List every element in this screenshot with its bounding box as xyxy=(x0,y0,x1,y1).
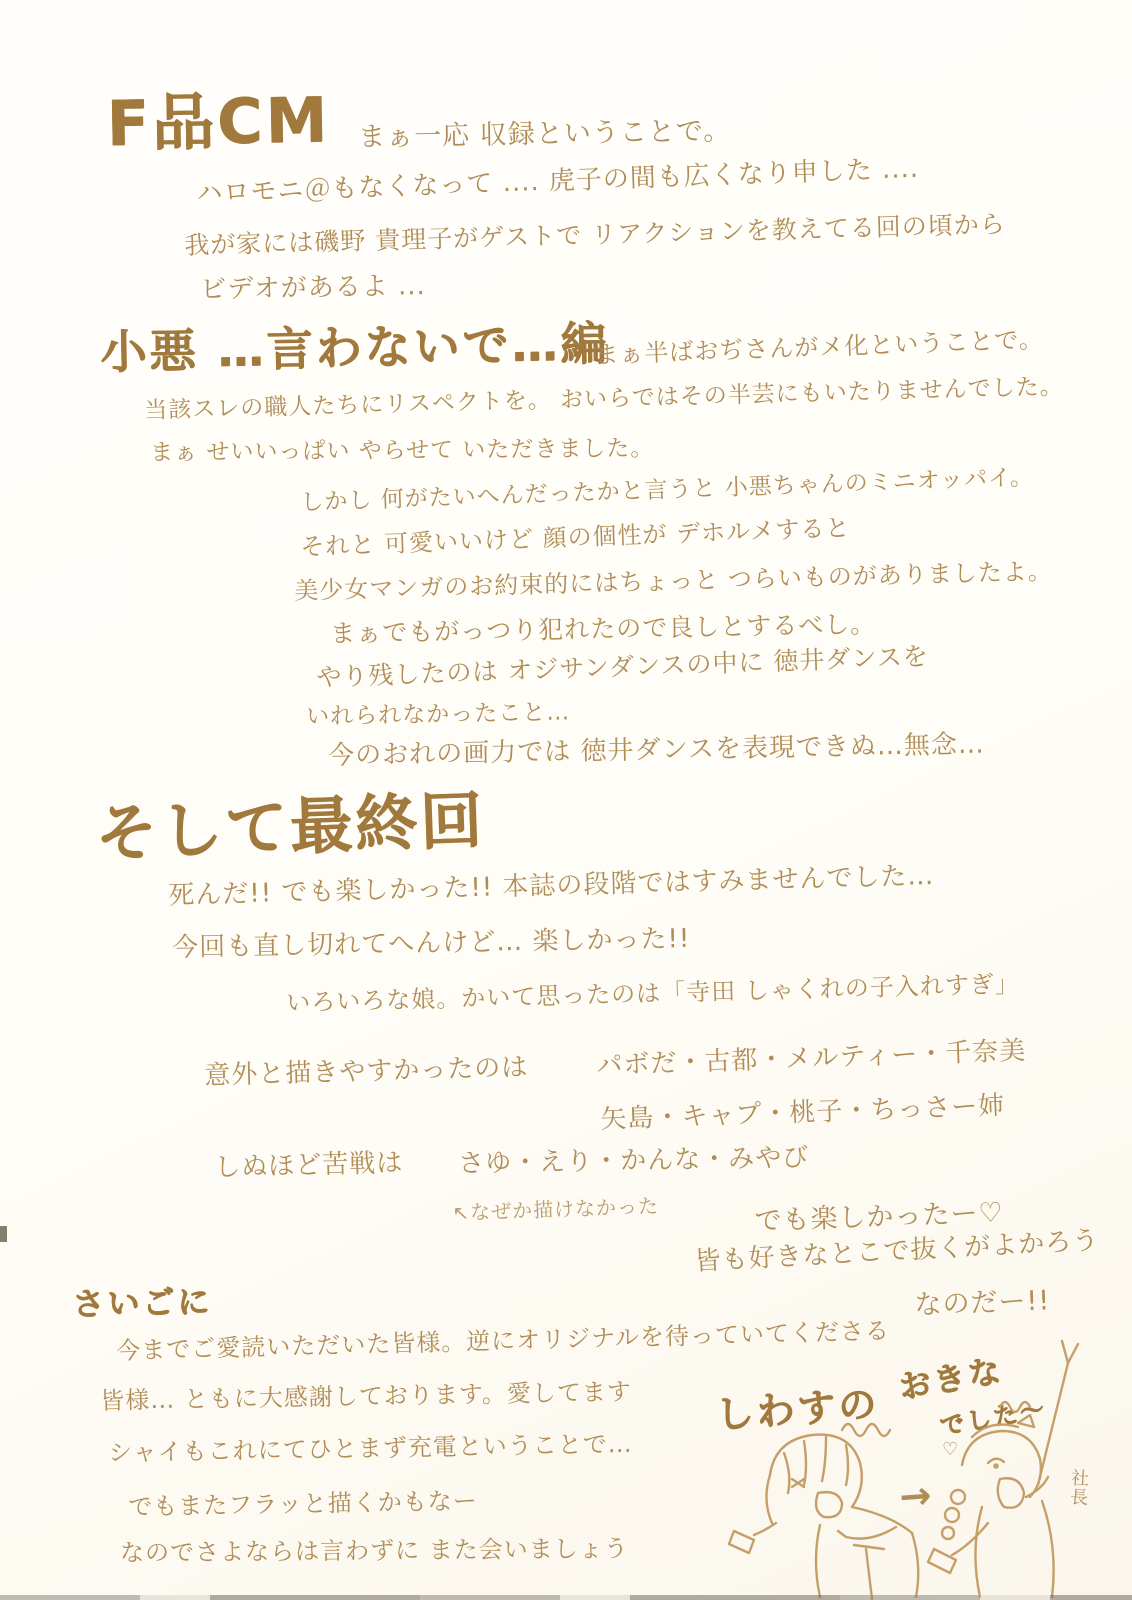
text-line: 皆様… ともに大感謝しております。愛してます xyxy=(100,1379,632,1416)
fun-line-1: でも楽しかったー♡ xyxy=(754,1197,1004,1237)
text-line: 当該スレの職人たちにリスペクトを。 おいらではその半芸にもいたりませんでした。 xyxy=(144,374,1064,425)
hard-to-draw-label: しぬほど苦戦は xyxy=(214,1149,404,1184)
section-final-heading: そして最終回 xyxy=(94,784,486,869)
text-line: ビデオがあるよ ... xyxy=(200,272,426,306)
scan-bottom-edge xyxy=(0,1595,1132,1600)
text-line: しかし 何がたいへんだったかと言うと 小悪ちゃんのミニオッパイ。 xyxy=(300,464,1034,516)
squiggle-doodle xyxy=(1000,1402,1030,1412)
easy-to-draw-names-1: パボだ・古都・メルティー・千奈美 xyxy=(596,1037,1027,1082)
text-line: シャイもこれにてひとまず充電ということで… xyxy=(108,1431,633,1468)
easy-to-draw-label: 意外と描きやすかったのは xyxy=(204,1054,529,1092)
text-line: まぁでもがっつり犯れたので良しとするべし。 xyxy=(330,610,876,648)
text-line: なのでさよならは言わずに また会いましょう xyxy=(120,1536,629,1568)
hard-to-draw-names: さゆ・えり・かんな・みやび xyxy=(458,1144,809,1180)
section-koaku-note: まぁ半ばおぢさんがメ化ということで。 xyxy=(594,326,1044,369)
text-line: やり残したのは オジサンダンスの中に 徳井ダンスを xyxy=(316,643,929,693)
chibi-doodles xyxy=(700,1335,1132,1600)
text-line: まぁ せいいっぱい やらせて いただきました。 xyxy=(150,436,654,467)
text-line: 我が家には磯野 貴理子がゲストで リアクションを教えてる回の頃から xyxy=(184,210,1006,260)
text-line: いれられなかったこと… xyxy=(306,699,570,730)
text-line: 今のおれの画力では 徳井ダンスを表現できぬ…無念… xyxy=(328,731,985,772)
text-line: でもまたフラッと描くかもなー xyxy=(128,1488,478,1522)
squiggle-doodle xyxy=(842,1424,890,1436)
section-koaku-heading: 小悪 …言わないで…編 xyxy=(100,317,610,379)
text-line: ハロモニ＠もなくなって .... 虎子の間も広くなり申した .... xyxy=(196,155,920,210)
text-line: 美少女マンガのお約束的にはちょっと つらいものがありましたよ。 xyxy=(294,558,1053,605)
hard-note: ↖なぜか描けなかった xyxy=(452,1195,659,1225)
text-line: 今回も直し切れてへんけど… 楽しかった!! xyxy=(172,925,691,964)
text-line: それと 可愛いいけど 顔の個性が デホルメすると xyxy=(300,515,851,562)
easy-to-draw-names-2: 矢島・キャプ・桃子・ちっさー姉 xyxy=(600,1092,1006,1136)
chibi-right xyxy=(928,1341,1078,1597)
section-saigoni-heading: さいごに xyxy=(72,1284,213,1323)
fun-line-3: なのだー!! xyxy=(914,1285,1051,1321)
text-line: 死んだ!! でも楽しかった!! 本誌の段階ではすみませんでした… xyxy=(168,862,935,912)
section-fcm-note: まぁ一応 収録ということで。 xyxy=(358,115,732,153)
chibi-left xyxy=(729,1435,918,1599)
scan-edge-mark xyxy=(0,1226,7,1242)
section-fcm-heading: F品CM xyxy=(106,84,331,159)
scanned-afterword-page: F品CM まぁ一応 収録ということで。 ハロモニ＠もなくなって .... 虎子の… xyxy=(0,0,1132,1600)
text-line: いろいろな娘。かいて思ったのは「寺田 しゃくれの子入れすぎ」 xyxy=(286,971,1020,1018)
